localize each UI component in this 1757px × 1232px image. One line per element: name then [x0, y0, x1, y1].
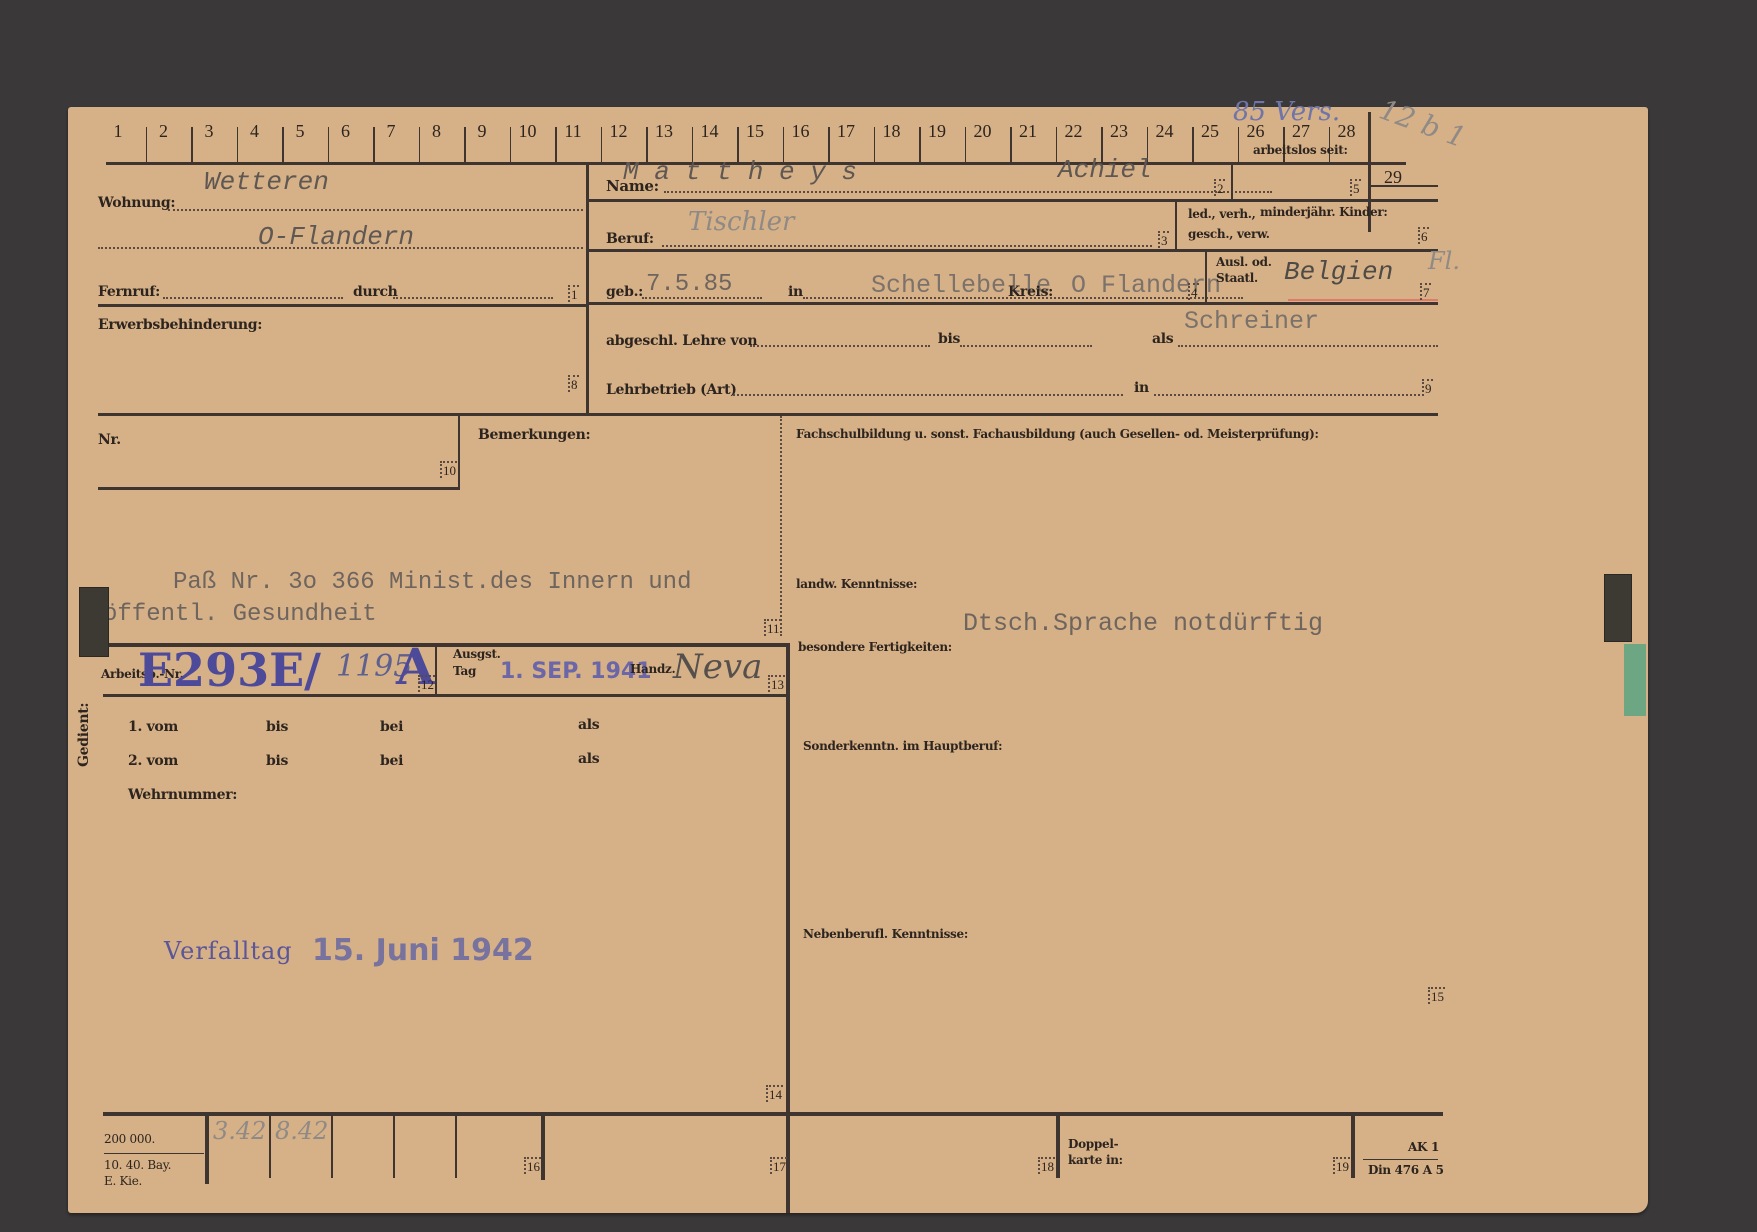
column-number: 6 — [326, 121, 366, 142]
vertical-divider — [786, 643, 790, 1213]
erwerbsbehinderung-label: Erwerbsbehinderung: — [98, 317, 262, 333]
column-number: 10 — [508, 121, 548, 142]
bemerkungen-line-2: öffentl. Gesundheit — [103, 601, 377, 628]
fernruf-line — [163, 297, 343, 299]
nr-label: Nr. — [98, 432, 121, 448]
name-divider — [1231, 164, 1233, 199]
lehrbetrieb-in-label: in — [1134, 380, 1149, 396]
row1-bei: bei — [380, 719, 403, 735]
wohnung-value-2: O-Flandern — [258, 222, 414, 252]
name-surname: M a t t h e y s — [623, 157, 857, 187]
nr-divider — [458, 415, 460, 489]
column-number: 9 — [462, 121, 502, 142]
column-number: 4 — [235, 121, 275, 142]
fertigkeiten-label: besondere Fertigkeiten: — [798, 640, 952, 654]
staatl-divider — [1205, 251, 1207, 303]
lehre-bis-line — [960, 345, 1092, 347]
row2-vom: 2. vom — [128, 753, 178, 769]
wohnung-value-1: Wetteren — [204, 167, 329, 197]
box-number-1: 1 — [568, 285, 579, 302]
date-cell: 3.42 — [213, 1117, 266, 1145]
lehrbetrieb-label: Lehrbetrieb (Art) — [606, 382, 737, 398]
bemerkungen-dotted-divider — [780, 416, 782, 636]
footer-divider — [1351, 1114, 1355, 1178]
lehre-label: abgeschl. Lehre von — [606, 333, 757, 349]
ausgest-date-stamp: 1. SEP. 1941 — [500, 659, 652, 684]
rule — [588, 249, 1438, 252]
durch-line — [393, 297, 553, 299]
column-divider — [373, 127, 375, 163]
doppelkarte-label-1: Doppel- — [1068, 1137, 1118, 1151]
box-number-14: 14 — [766, 1085, 783, 1102]
column-divider — [1192, 127, 1194, 163]
familienstand-label-1: led., verh., — [1188, 207, 1256, 221]
index-tab-right — [1604, 574, 1632, 642]
box-number-7: 7 — [1420, 283, 1431, 300]
handz-label: Handz. — [630, 662, 675, 676]
rule — [103, 694, 790, 697]
lehre-bis-label: bis — [938, 331, 960, 347]
column-number: 11 — [553, 121, 593, 142]
row1-als: als — [578, 717, 599, 733]
column-divider — [965, 127, 967, 163]
column-divider — [601, 127, 603, 163]
print-info-1: 10. 40. Bay. — [104, 1158, 171, 1172]
fertigkeiten-value: Dtsch.Sprache notdürftig — [963, 609, 1323, 638]
column-number: 16 — [781, 121, 821, 142]
box-number-3: 3 — [1158, 231, 1169, 248]
column-number: 23 — [1099, 121, 1139, 142]
durch-label: durch — [353, 284, 398, 300]
column-number: 7 — [371, 121, 411, 142]
rule — [98, 304, 588, 307]
geb-label: geb.: — [606, 284, 643, 300]
column-divider — [1010, 127, 1012, 163]
verfalltag-date: 15. Juni 1942 — [312, 933, 534, 968]
wehrnummer-label: Wehrnummer: — [128, 787, 237, 803]
red-underline — [1288, 299, 1438, 301]
column-divider — [146, 127, 148, 163]
nebenberuf-label: Nebenberufl. Kenntnisse: — [803, 927, 968, 941]
column-divider — [874, 127, 876, 163]
date-cell-divider — [455, 1116, 457, 1178]
corner-note: 12 b 1 — [1375, 93, 1470, 155]
name-firstname: Achiel — [1058, 155, 1152, 185]
date-cell: 8.42 — [275, 1117, 328, 1145]
lehre-von-line — [750, 345, 930, 347]
column-divider — [419, 127, 421, 163]
doppelkarte-label-2: karte in: — [1068, 1153, 1123, 1167]
row1-vom: 1. vom — [128, 719, 178, 735]
landw-label: landw. Kenntnisse: — [796, 577, 917, 591]
geb-in-label: in — [788, 284, 803, 300]
lehrbetrieb-in-line — [1154, 394, 1424, 396]
lehre-als-label: als — [1152, 331, 1173, 347]
lehre-als-line — [1178, 345, 1438, 347]
familienstand-label-2: gesch., verw. — [1188, 227, 1270, 241]
rule — [98, 413, 1438, 416]
print-info-2: E. Kie. — [104, 1174, 142, 1188]
footer-divider — [205, 1114, 209, 1184]
ausgest-label-1: Ausgst. — [453, 647, 501, 661]
column-number: 15 — [735, 121, 775, 142]
col29-rule — [1368, 185, 1438, 187]
box-number-2: 2 — [1214, 179, 1225, 196]
box-number-15: 15 — [1428, 987, 1445, 1004]
column-number: 21 — [1008, 121, 1048, 142]
column-divider — [1056, 127, 1058, 163]
column-number: 19 — [917, 121, 957, 142]
box-number-17: 17 — [770, 1157, 787, 1174]
column-number: 12 — [599, 121, 639, 142]
column-number: 1 — [98, 121, 138, 142]
date-cell-divider — [331, 1116, 333, 1178]
bemerkungen-line-1: Paß Nr. 3o 366 Minist.des Innern und — [173, 569, 691, 596]
box-number-19: 19 — [1333, 1157, 1350, 1174]
footer-divider — [1056, 1114, 1060, 1178]
beruf-line — [662, 245, 1152, 247]
print-run-rule — [104, 1153, 204, 1154]
box-number-12: 12 — [418, 675, 435, 692]
column-number: 20 — [963, 121, 1003, 142]
box-number-10: 10 — [440, 461, 457, 478]
column-number: 17 — [826, 121, 866, 142]
staatl-label-1: Ausl. od. — [1216, 255, 1272, 269]
box-number-18: 18 — [1038, 1157, 1055, 1174]
form-code: AK 1 — [1408, 1140, 1439, 1154]
column-divider — [237, 127, 239, 163]
column-divider — [1238, 127, 1240, 163]
column-divider — [282, 127, 284, 163]
box-number-16: 16 — [524, 1157, 541, 1174]
index-tab-left — [79, 587, 109, 657]
beruf-divider — [1175, 201, 1177, 251]
handz-signature: Neva — [673, 647, 762, 687]
row2-bei: bei — [380, 753, 403, 769]
box-number-6: 6 — [1418, 227, 1429, 244]
wohnung-line1 — [168, 209, 583, 211]
column-number: 25 — [1190, 121, 1230, 142]
column-number: 14 — [690, 121, 730, 142]
date-cell-divider — [393, 1116, 395, 1178]
din-code: Din 476 A 5 — [1368, 1163, 1444, 1177]
staatl-label-2: Staatl. — [1216, 271, 1258, 285]
date-cell-divider — [269, 1116, 271, 1178]
lehrbetrieb-line — [733, 394, 1123, 396]
box-number-8: 8 — [568, 375, 579, 392]
box-number-11: 11 — [764, 619, 781, 636]
rule — [588, 302, 1438, 305]
staatl-note: Fl. — [1428, 247, 1460, 275]
column-divider — [191, 127, 193, 163]
column-divider — [328, 127, 330, 163]
registration-card: 1234567891011121314151617181920212223242… — [68, 107, 1648, 1213]
kreis-label: Kreis: — [1008, 284, 1053, 300]
rule — [588, 199, 1438, 202]
bottom-rule — [103, 1112, 1443, 1116]
row2-bis: bis — [266, 753, 288, 769]
column-divider — [464, 127, 466, 163]
column-number: 24 — [1145, 121, 1185, 142]
form-code-rule — [1363, 1159, 1438, 1160]
bemerkungen-label: Bemerkungen: — [478, 427, 590, 443]
arbeitsbuch-stamp: E293E/ — [138, 643, 321, 697]
column-divider — [919, 127, 921, 163]
lehre-als-value: Schreiner — [1184, 307, 1319, 336]
column-divider — [510, 127, 512, 163]
kreis-value: O Flandern — [1071, 271, 1221, 300]
column-number: 13 — [644, 121, 684, 142]
header-note: 85 Vers. — [1233, 97, 1340, 127]
column-number: 22 — [1054, 121, 1094, 142]
kinder-label: minderjähr. Kinder: — [1260, 205, 1388, 219]
row1-bis: bis — [266, 719, 288, 735]
geb-value: 7.5.85 — [646, 271, 732, 298]
print-run: 200 000. — [104, 1132, 155, 1146]
box-number-9: 9 — [1422, 379, 1433, 396]
verfalltag-label: Verfalltag — [164, 937, 293, 965]
box-number-13: 13 — [768, 675, 785, 692]
rule — [98, 487, 460, 490]
beruf-label: Beruf: — [606, 231, 654, 247]
gedient-label: Gedient: — [76, 703, 92, 767]
footer-divider — [541, 1114, 545, 1180]
row2-als: als — [578, 751, 599, 767]
staatl-value: Belgien — [1284, 257, 1393, 287]
column-number: 5 — [280, 121, 320, 142]
beruf-value: Tischler — [688, 207, 794, 237]
fachschul-label: Fachschulbildung u. sonst. Fachausbildun… — [796, 427, 1319, 441]
column-number: 18 — [872, 121, 912, 142]
box-number-4: 4 — [1188, 283, 1199, 300]
sonderkennt-label: Sonderkenntn. im Hauptberuf: — [803, 739, 1002, 753]
column-number: 2 — [144, 121, 184, 142]
column-number: 8 — [417, 121, 457, 142]
fernruf-label: Fernruf: — [98, 284, 160, 300]
name-line — [664, 191, 1272, 193]
column-number: 3 — [189, 121, 229, 142]
green-marker — [1624, 644, 1646, 716]
ausgest-divider — [435, 645, 437, 695]
column-divider — [555, 127, 557, 163]
box-number-5: 5 — [1350, 179, 1361, 196]
wohnung-label: Wohnung: — [98, 195, 175, 211]
arbeitslos-label: arbeitslos seit: — [1253, 143, 1348, 157]
ausgest-label-2: Tag — [453, 664, 476, 678]
